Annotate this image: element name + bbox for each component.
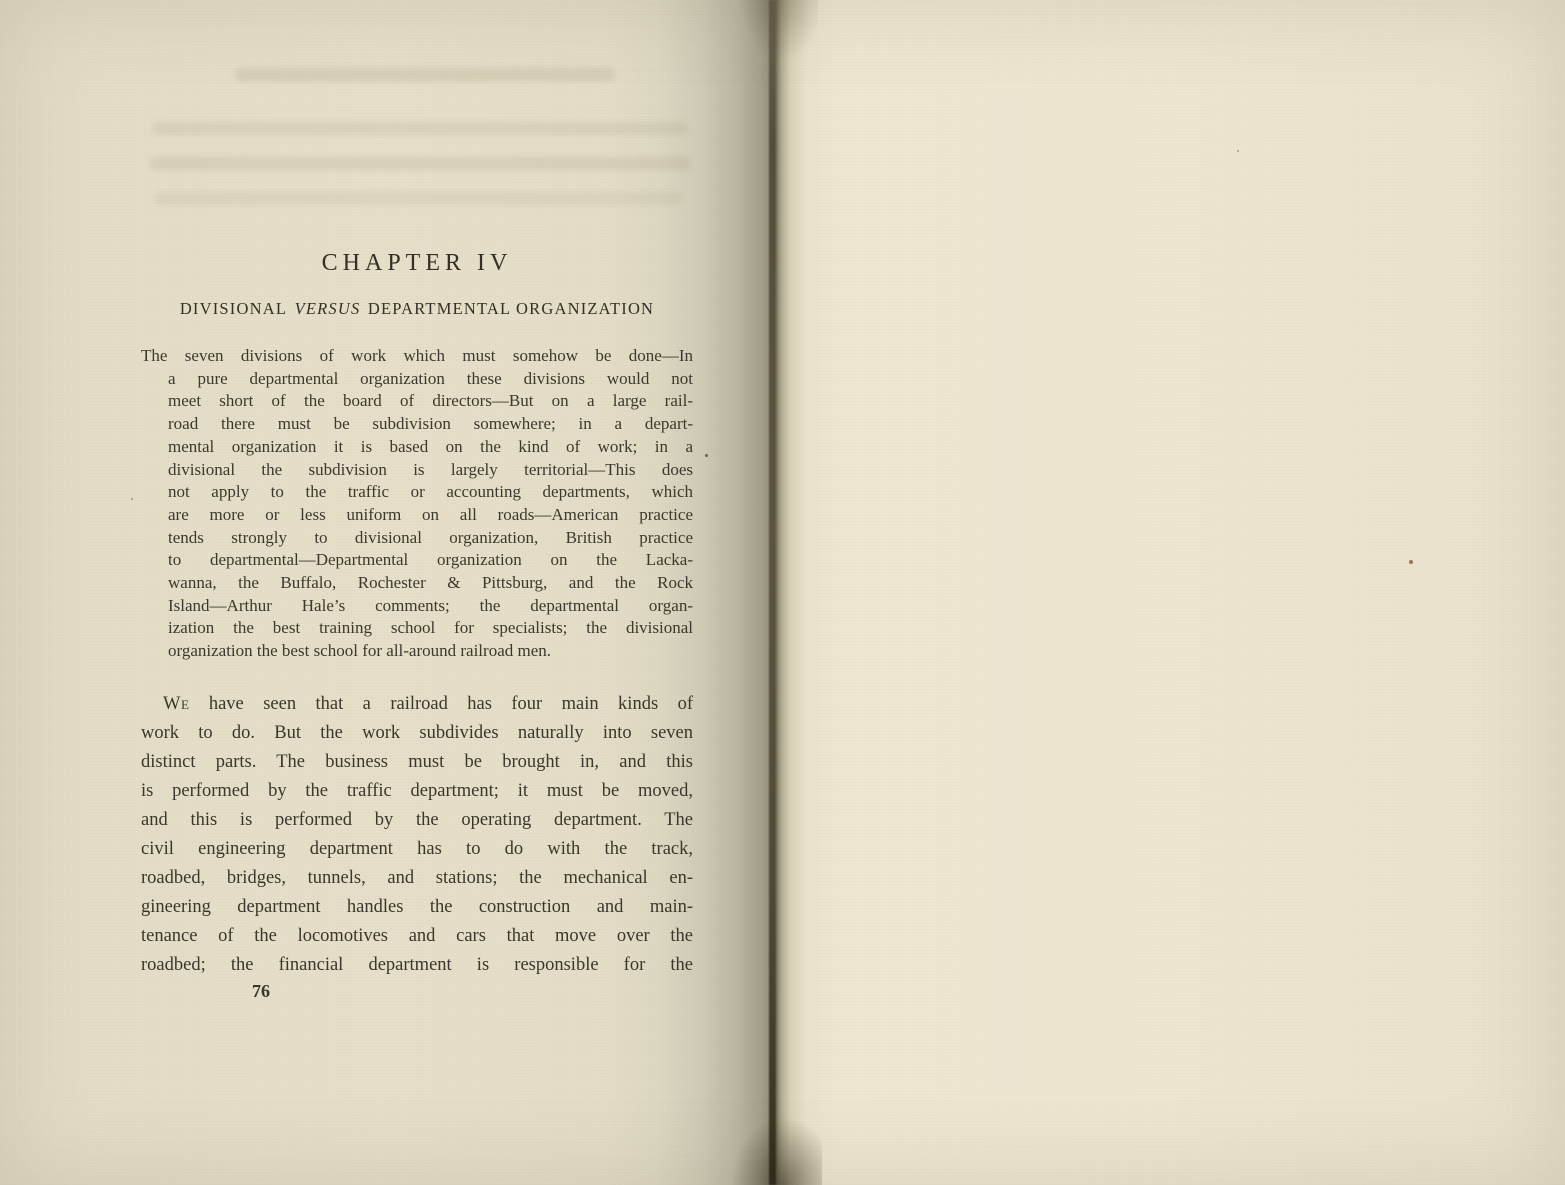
right-page: DIVISIONALVERSUSDEPARTMENTAL 77 collecti… — [776, 0, 1565, 1185]
chapter-synopsis: The seven divisions of work which must s… — [141, 345, 693, 663]
left-page-number: 76 — [252, 981, 270, 1002]
paper-speck — [1409, 560, 1413, 564]
chapter-heading: CHAPTER IV — [141, 250, 693, 277]
paper-speck — [705, 454, 708, 457]
section-heading-tail: DEPARTMENTAL ORGANIZATION — [368, 299, 654, 318]
section-heading-lead: DIVISIONAL — [180, 299, 287, 318]
section-heading: DIVISIONALVERSUSDEPARTMENTAL ORGANIZATIO… — [141, 299, 693, 319]
book-scan: CHAPTER IV DIVISIONALVERSUSDEPARTMENTAL … — [0, 0, 1565, 1185]
paper-speck — [131, 498, 133, 500]
book-gutter-crease — [769, 0, 776, 1185]
left-page: CHAPTER IV DIVISIONALVERSUSDEPARTMENTAL … — [0, 0, 776, 1185]
section-heading-versus-italic: VERSUS — [295, 299, 361, 318]
left-page-body-text: We have seen that a railroad has four ma… — [141, 690, 693, 980]
gutter-shadow-top — [738, 0, 818, 63]
paper-speck — [1237, 150, 1239, 152]
bleed-through-text — [150, 62, 695, 227]
gutter-shadow-bottom — [732, 1118, 822, 1185]
